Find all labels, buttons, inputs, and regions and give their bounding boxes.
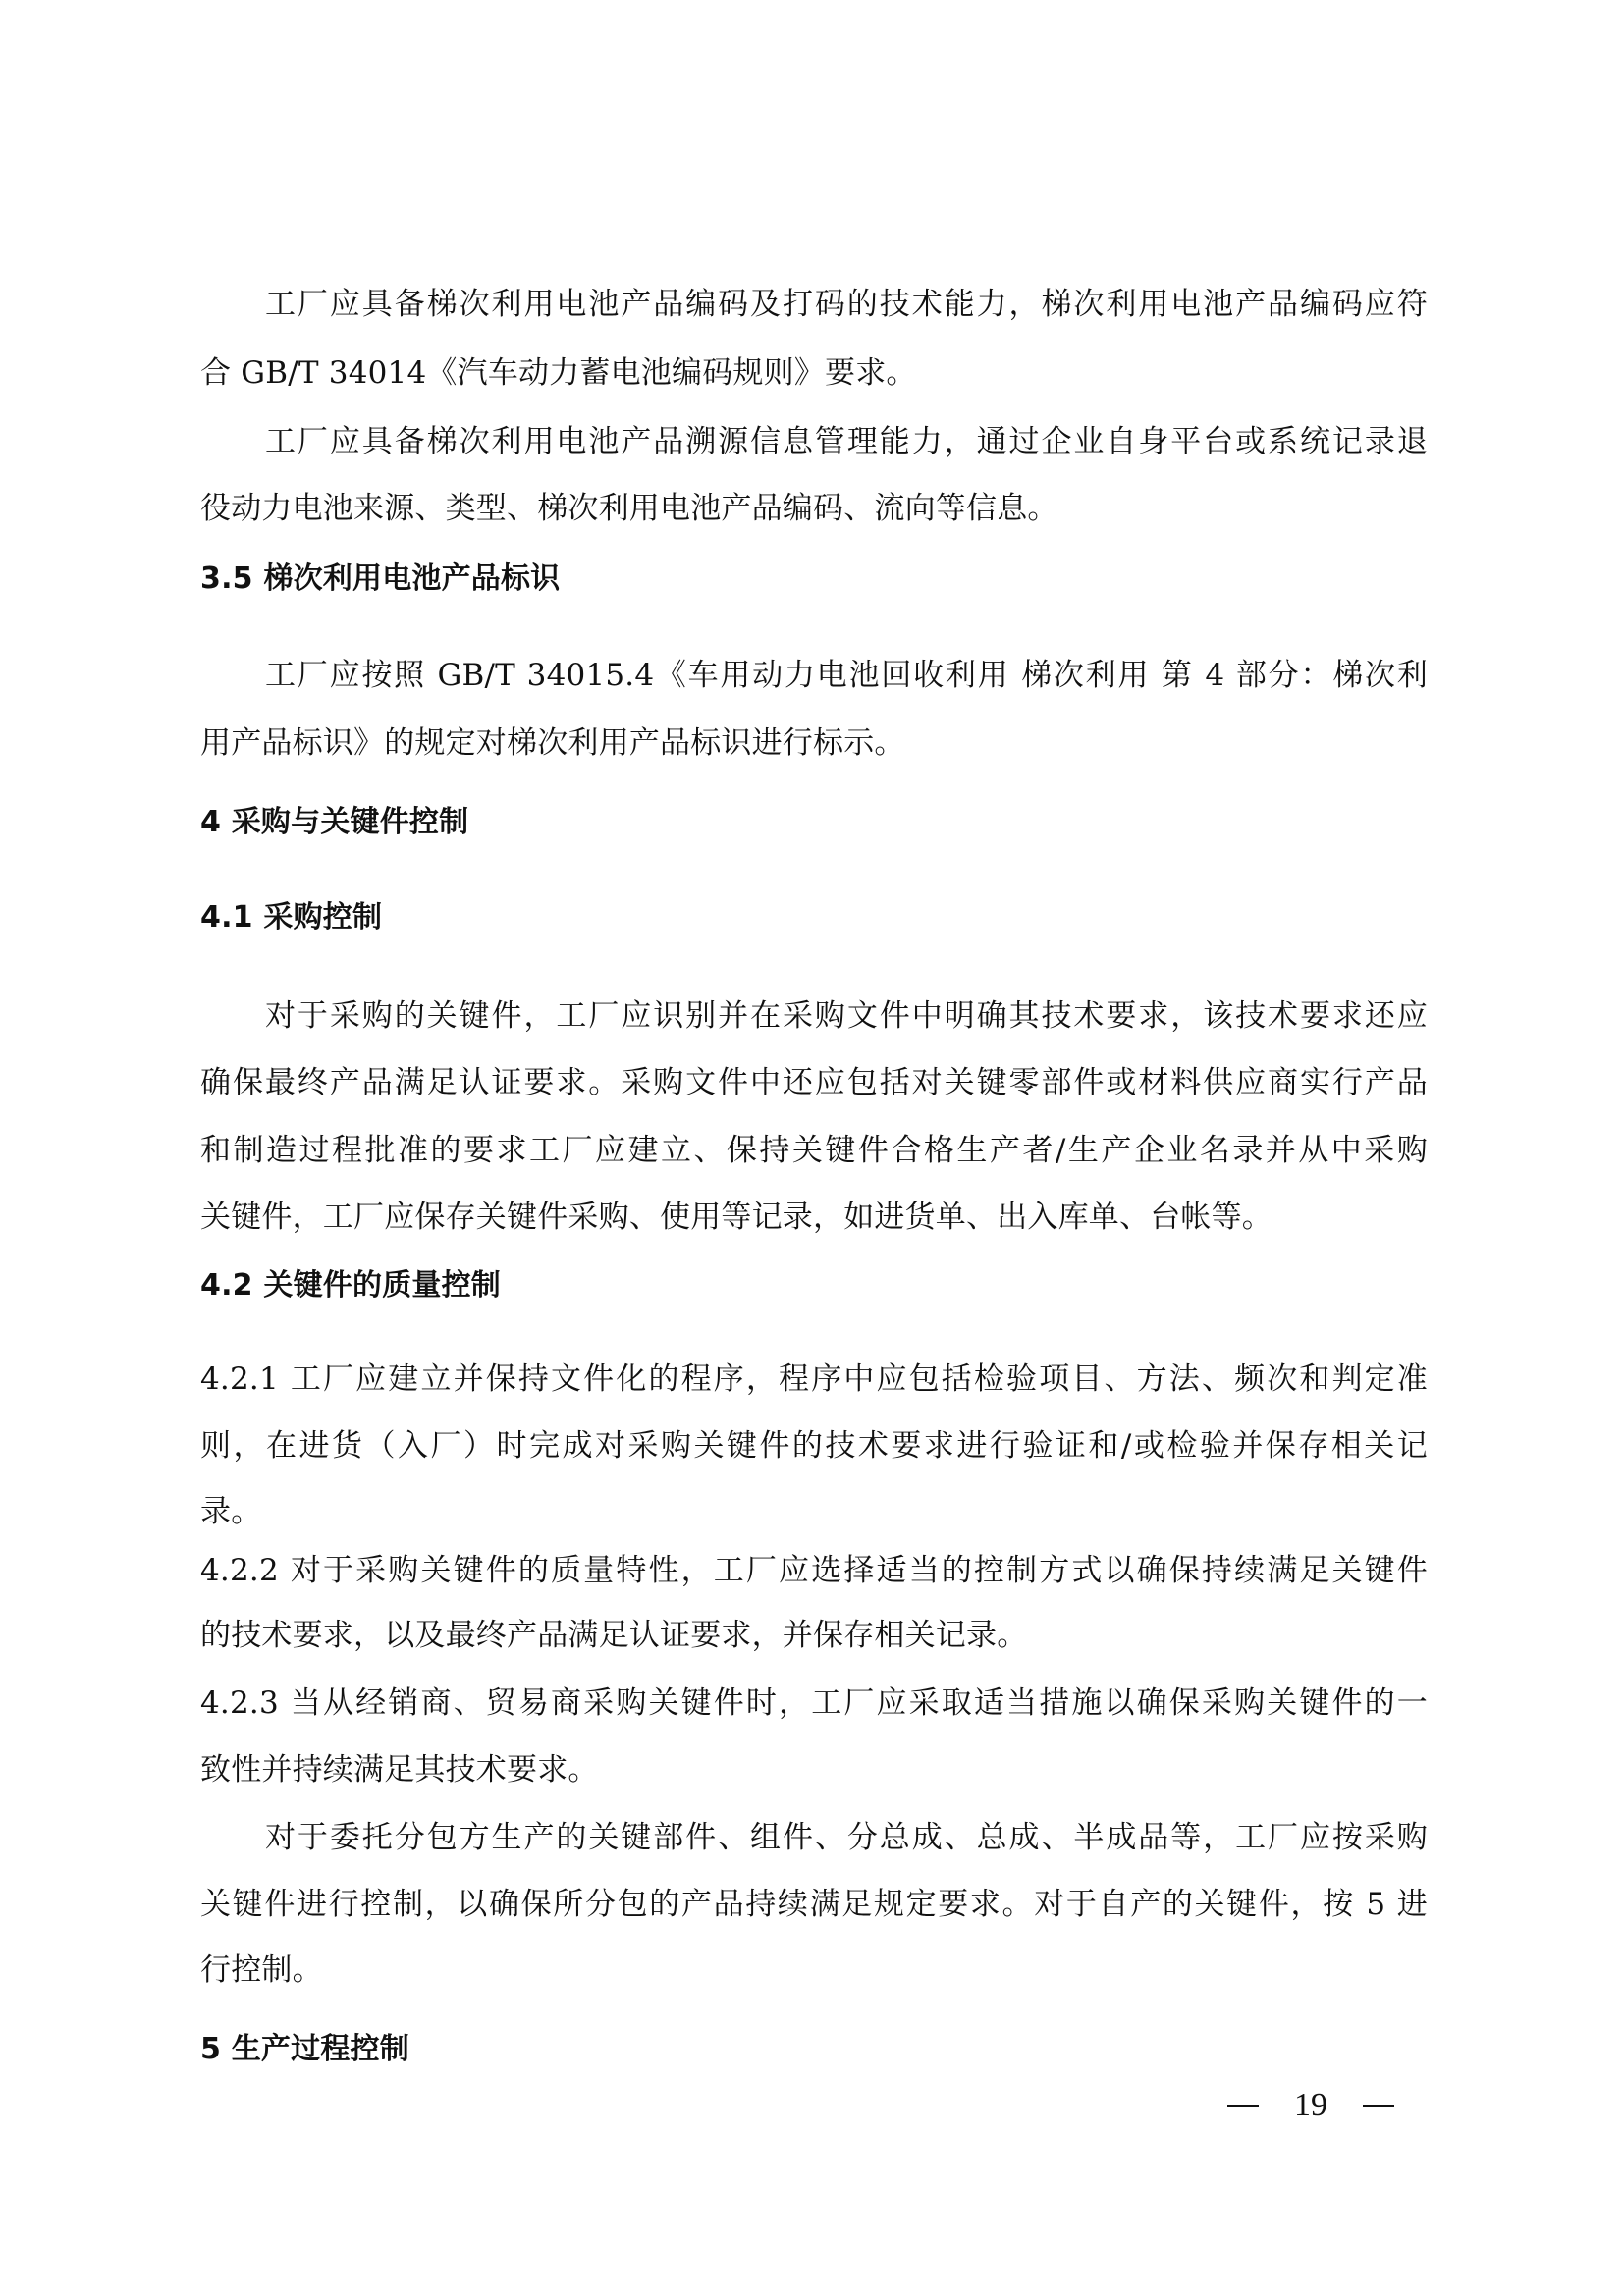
paragraph-line: 工厂应具备梯次利用电池产品溯源信息管理能力，通过企业自身平台或系统记录退 — [265, 422, 1428, 461]
paragraph-line: 则，在进货（入厂）时完成对采购关键件的技术要求进行验证和/或检验并保存相关记 — [200, 1426, 1428, 1466]
paragraph-line: 录。 — [200, 1492, 1428, 1531]
page-number: 19 — [1227, 2081, 1394, 2130]
section-heading-4: 4 采购与关键件控制 — [200, 803, 1428, 842]
section-heading-5: 5 生产过程控制 — [200, 2030, 1428, 2069]
paragraph-line: 4.2.2 对于采购关键件的质量特性，工厂应选择适当的控制方式以确保持续满足关键… — [200, 1551, 1428, 1590]
paragraph-line: 对于委托分包方生产的关键部件、组件、分总成、总成、半成品等，工厂应按采购 — [265, 1818, 1428, 1857]
paragraph-line: 合 GB/T 34014《汽车动力蓄电池编码规则》要求。 — [200, 353, 1428, 393]
section-heading-3-5: 3.5 梯次利用电池产品标识 — [200, 560, 1428, 599]
page-number-value: 19 — [1294, 2087, 1327, 2124]
paragraph-line: 确保最终产品满足认证要求。采购文件中还应包括对关键零部件或材料供应商实行产品 — [200, 1063, 1428, 1102]
document-page: 工厂应具备梯次利用电池产品编码及打码的技术能力，梯次利用电池产品编码应符 合 G… — [0, 0, 1624, 2296]
paragraph-line: 关键件，工厂应保存关键件采购、使用等记录，如进货单、出入库单、台帐等。 — [200, 1198, 1428, 1237]
paragraph-line: 4.2.3 当从经销商、贸易商采购关键件时，工厂应采取适当措施以确保采购关键件的… — [200, 1683, 1428, 1723]
paragraph-line: 和制造过程批准的要求工厂应建立、保持关键件合格生产者/生产企业名录并从中采购 — [200, 1131, 1428, 1170]
paragraph-line: 工厂应按照 GB/T 34015.4《车用动力电池回收利用 梯次利用 第 4 部… — [265, 656, 1428, 695]
paragraph-line: 役动力电池来源、类型、梯次利用电池产品编码、流向等信息。 — [200, 489, 1428, 528]
paragraph-line: 4.2.1 工厂应建立并保持文件化的程序，程序中应包括检验项目、方法、频次和判定… — [200, 1360, 1428, 1399]
section-heading-4-2: 4.2 关键件的质量控制 — [200, 1266, 1428, 1306]
paragraph-line: 的技术要求，以及最终产品满足认证要求，并保存相关记录。 — [200, 1616, 1428, 1655]
dash-right-icon — [1363, 2105, 1394, 2107]
paragraph-line: 工厂应具备梯次利用电池产品编码及打码的技术能力，梯次利用电池产品编码应符 — [265, 285, 1428, 324]
paragraph-line: 行控制。 — [200, 1950, 1428, 1990]
paragraph-line: 关键件进行控制，以确保所分包的产品持续满足规定要求。对于自产的关键件，按 5 进 — [200, 1885, 1428, 1924]
dash-left-icon — [1227, 2105, 1259, 2107]
paragraph-line: 用产品标识》的规定对梯次利用产品标识进行标示。 — [200, 723, 1428, 763]
paragraph-line: 致性并持续满足其技术要求。 — [200, 1750, 1428, 1789]
paragraph-line: 对于采购的关键件，工厂应识别并在采购文件中明确其技术要求，该技术要求还应 — [265, 996, 1428, 1036]
section-heading-4-1: 4.1 采购控制 — [200, 898, 1428, 937]
